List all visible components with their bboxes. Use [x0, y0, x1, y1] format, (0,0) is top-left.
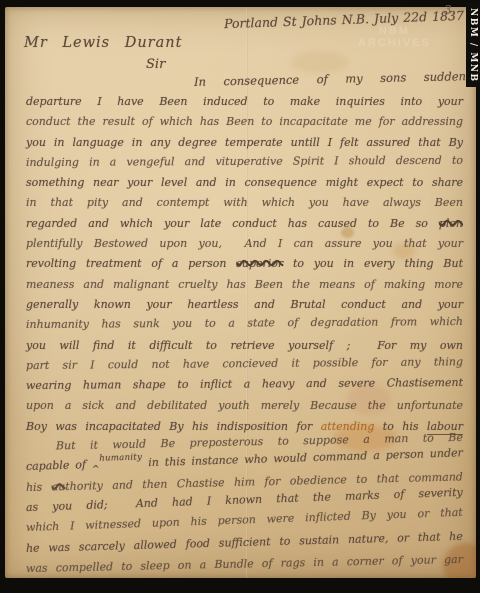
letter-text: indulging in a vengeful and vituperative…: [26, 154, 463, 169]
stain: [291, 51, 349, 73]
letter-text: humanity: [99, 448, 143, 470]
letter-text: regarded and which your late conduct has…: [26, 217, 439, 230]
letter-text: you will find it difficult to retrieve y…: [26, 339, 463, 352]
letter-line: inhumanity has sunk you to a state of de…: [26, 312, 463, 335]
letter-text: capable of: [26, 458, 92, 473]
page-number: 3.: [444, 3, 455, 17]
letter-text: part sir I could not have concieved it p…: [26, 355, 463, 372]
letter-line: you in language in any degree temperate …: [26, 133, 463, 153]
archive-label: NBM / MNB: [466, 3, 480, 87]
letter-text: in that pity and contempt with which you…: [26, 196, 463, 209]
letter-line: in that pity and contempt with which you…: [26, 193, 463, 213]
letter-text: wearing human shape to inflict a heavy a…: [26, 376, 463, 392]
letter-line: revolting treatment of a person superior…: [26, 254, 463, 274]
letter-line: meaness and malignant cruelty has Been t…: [26, 275, 463, 295]
struck-out-text: au: [51, 480, 65, 493]
struck-out-text: plen: [439, 217, 463, 230]
letter-text: departure I have Been induced to make in…: [26, 95, 463, 108]
letter-line: something near your level and in consequ…: [26, 173, 463, 193]
recipient-line: Mr Lewis Durant: [24, 35, 182, 51]
letter-text: conduct the result of which has Been to …: [26, 115, 463, 128]
salutation: Sir: [146, 57, 165, 72]
watermark-line: ARCHIVES: [358, 37, 431, 49]
struck-out-text: superior: [236, 257, 283, 270]
letter-body: departure I have Been induced to make in…: [26, 92, 463, 579]
letter-line: conduct the result of which has Been to …: [26, 112, 463, 132]
letter-line: departure I have Been induced to make in…: [26, 92, 463, 112]
letter-text: you in language in any degree temperate …: [26, 136, 463, 149]
watermark-line: NBM: [358, 25, 431, 37]
letter-line: wearing human shape to inflict a heavy a…: [26, 373, 463, 396]
letter-text: his: [26, 480, 52, 494]
letter-text: plentifully Bestowed upon you, And I can…: [26, 237, 463, 250]
scan-background: NBM ARCHIVES 3. NBM / MNB Portland St Jo…: [0, 0, 480, 593]
archive-watermark: NBM ARCHIVES: [358, 25, 431, 49]
letter-text: inhumanity has sunk you to a state of de…: [26, 315, 463, 331]
letter-text: something near your level and in consequ…: [26, 176, 463, 189]
letter-text: to you in every thing But: [283, 257, 463, 270]
letter-text: revolting treatment of a person: [26, 257, 236, 270]
letter-text: generally known your heartless and Bruta…: [26, 298, 463, 311]
letter-text: meaness and malignant cruelty has Been t…: [26, 278, 463, 291]
letter-line: upon a sick and debilitated youth merely…: [26, 396, 463, 416]
letter-line: regarded and which your late conduct has…: [26, 214, 463, 234]
letter-text: upon a sick and debilitated youth merely…: [26, 399, 463, 412]
letter-line: indulging in a vengeful and vituperative…: [26, 151, 463, 174]
letter-line: plentifully Bestowed upon you, And I can…: [26, 234, 463, 254]
